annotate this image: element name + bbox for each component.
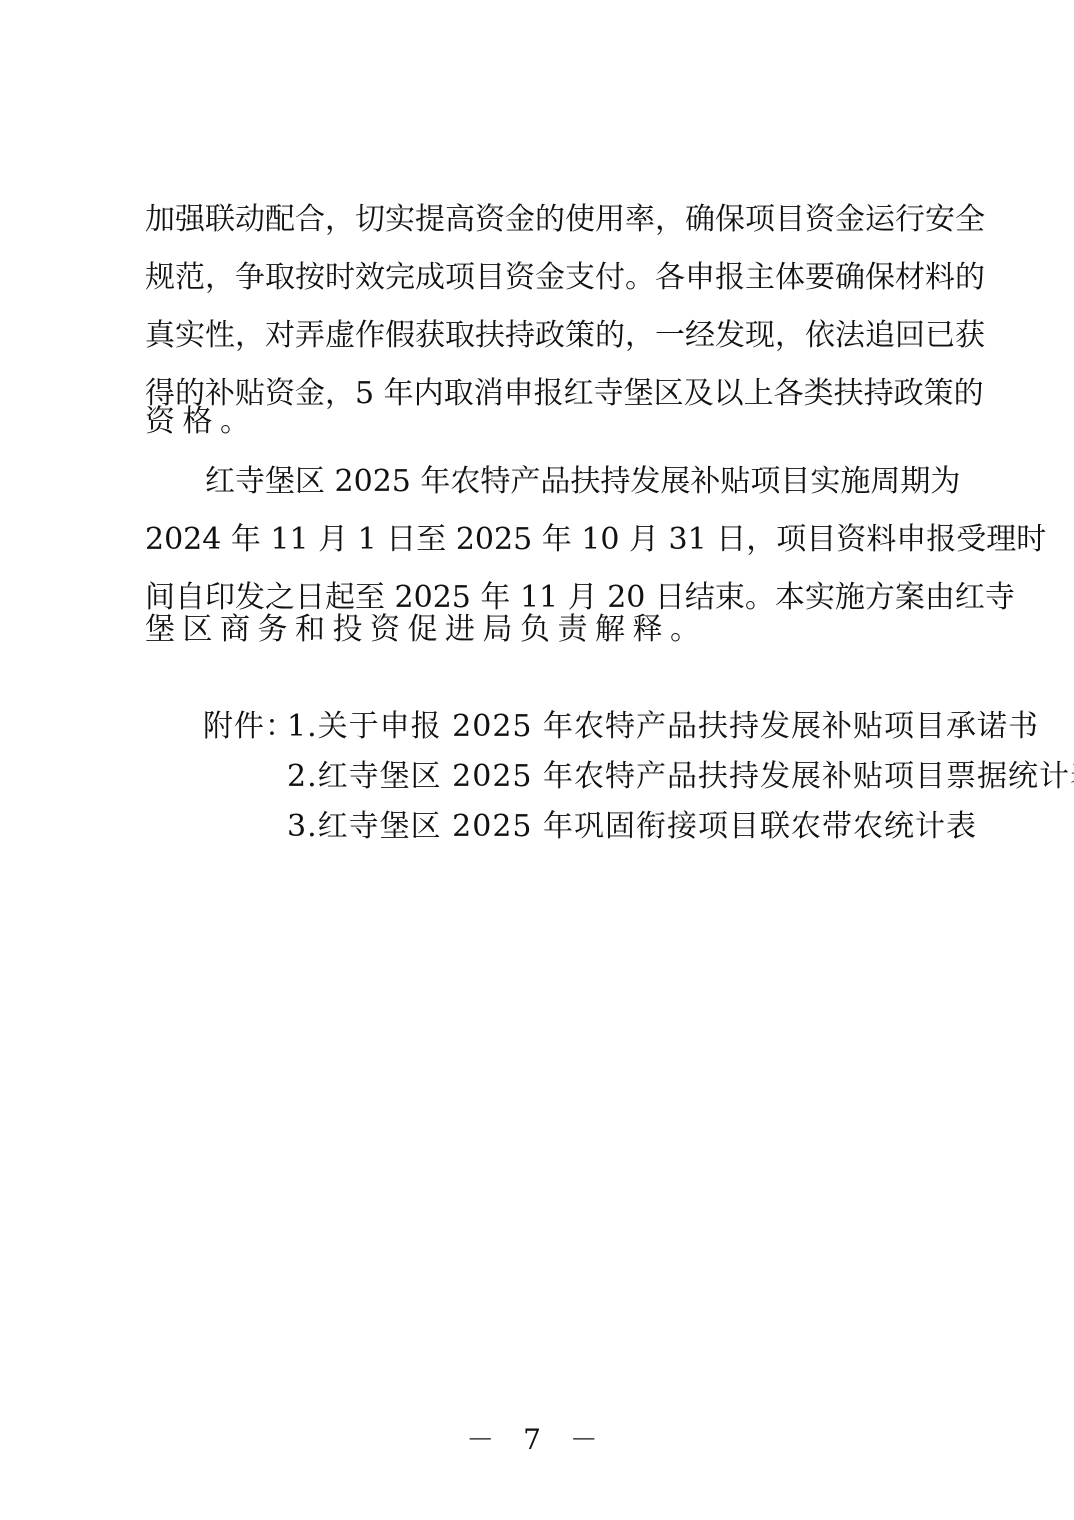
- document-page: 加强联动配合，切实提高资金的使用率，确保项目资金运行安全 规范，争取按时效完成项…: [0, 0, 1074, 1520]
- text-line: 真实性，对弄虚作假获取扶持政策的，一经发现，依法追回已获: [145, 316, 940, 356]
- attachment-item: 1.关于申报 2025 年农特产品扶持发展补贴项目承诺书: [287, 707, 1039, 747]
- text-line: 规范，争取按时效完成项目资金支付。各申报主体要确保材料的: [145, 258, 940, 298]
- text-line: 红寺堡区 2025 年农特产品扶持发展补贴项目实施周期为: [205, 462, 940, 502]
- attachment-item: 2.红寺堡区 2025 年农特产品扶持发展补贴项目票据统计表: [287, 757, 1074, 797]
- attachment-item: 3.红寺堡区 2025 年巩固衔接项目联农带农统计表: [287, 807, 977, 847]
- attachments-label: 附件：: [203, 707, 296, 747]
- page-number: － 7 －: [0, 1420, 1074, 1460]
- text-line: 资格。: [145, 402, 940, 442]
- text-line: 加强联动配合，切实提高资金的使用率，确保项目资金运行安全: [145, 200, 940, 240]
- text-line: 2024 年 11 月 1 日至 2025 年 10 月 31 日，项目资料申报…: [145, 520, 940, 560]
- text-line: 堡区商务和投资促进局负责解释。: [145, 610, 940, 650]
